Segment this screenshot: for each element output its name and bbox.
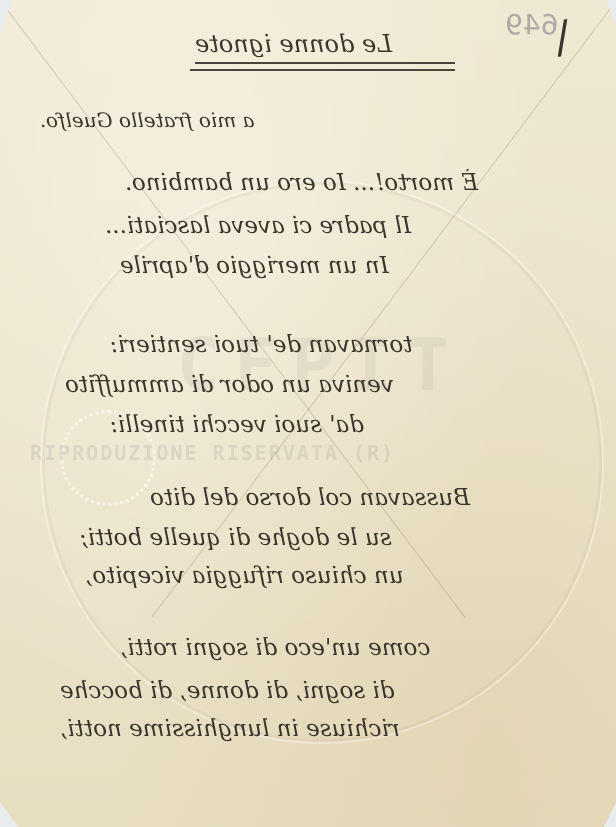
title-underline	[195, 62, 455, 64]
title-underline	[190, 69, 455, 71]
dedication: a mio fratello Guelfo.	[40, 108, 255, 132]
manuscript-title: Le donne ignote	[195, 30, 392, 58]
verse-line: Bussavan col dorso del dito	[150, 485, 470, 511]
watermark-text: RIPRODUZIONE RISERVATA (R)	[30, 441, 610, 465]
verse-line: richiuse in lunghissime notti,	[60, 716, 400, 742]
catalog-number: 649	[505, 8, 558, 41]
verse-line: di sogni, di donne, di bocche	[60, 678, 395, 704]
verse-line: da' suoi vecchi tinelli:	[110, 412, 364, 438]
verse-line: come un'eco di sogni rotti,	[120, 635, 430, 661]
corner-mark: /	[552, 11, 574, 64]
verse-line: È morto!... Io ero un bambino.	[125, 170, 478, 196]
verse-line: un chiuso rifuggia vicepito,	[85, 563, 404, 589]
verse-line: tornavan de' tuoi sentieri:	[110, 332, 413, 358]
verse-line: Il padre ci aveva lasciati...	[105, 213, 411, 239]
verse-line: veniva un odor di ammuffito	[65, 372, 394, 398]
verse-line: su le doghe di quelle botti;	[80, 525, 392, 551]
verse-line: In un meriggio d'aprile	[120, 253, 389, 279]
manuscript-page: CFPIT RIPRODUZIONE RISERVATA (R) 649 / L…	[0, 0, 616, 827]
